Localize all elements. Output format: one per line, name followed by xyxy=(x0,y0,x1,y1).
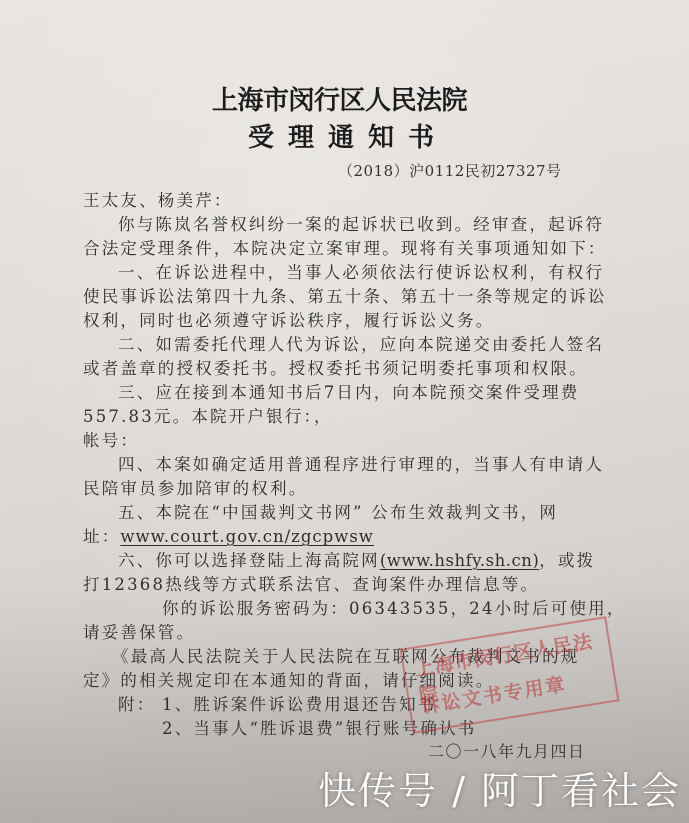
body-line: 或者盖章的授权委托书。授权委托书须记明委托事项和权限。 xyxy=(83,355,588,379)
case-number: （2018）沪0112民初27327号 xyxy=(338,160,562,181)
addressee: 王太友、杨美芹： xyxy=(83,187,233,211)
body-line: 使民事诉讼法第四十九条、第五十条、第五十一条等规定的诉讼 xyxy=(83,283,607,307)
document-title: 受理通知书 xyxy=(248,117,448,154)
body-line: 打12368热线等方式联系法官、查询案件办理信息等。 xyxy=(83,571,539,595)
item6-line: 六、你可以选择登陆上海高院网(www.hshfy.sh.cn)，或拨 xyxy=(118,547,595,571)
item6-text: 六、你可以选择登陆上海高院网 xyxy=(118,551,380,570)
keep-line: 请妥善保管。 xyxy=(83,619,195,643)
court-name: 上海市闵行区人民法院 xyxy=(212,80,467,117)
body-line: 权利，同时也必须遵守诉讼秩序，履行诉讼义务。 xyxy=(83,307,494,331)
body-line: 二、如需委托代理人代为诉讼，应向本院递交由委托人签名 xyxy=(118,331,604,355)
body-line: 民陪审员参加陪审的权利。 xyxy=(83,475,307,499)
item6-suffix: ，或拨 xyxy=(539,551,595,570)
source-watermark: 快传号 / 阿丁看社会 xyxy=(318,760,681,815)
body-line: 一、在诉讼进程中，当事人必须依法行使诉讼权利，有权行 xyxy=(118,259,604,283)
issue-date: 二〇一八年九月四日 xyxy=(428,739,586,762)
body-line: 557.83元。本院开户银行：， xyxy=(83,403,333,427)
body-line: 帐号： xyxy=(83,427,139,451)
password-line: 你的诉讼服务密码为：06343535，24小时后可使用， xyxy=(162,595,626,619)
body-line: 合法定受理条件，本院决定立案审理。现将有关事项通知如下： xyxy=(83,235,607,259)
body-line: 四、本案如确定适用普通程序进行审理的，当事人有申请人 xyxy=(118,451,604,475)
body-line: 五、本院在“中国裁判文书网” 公布生效裁判文书，网 xyxy=(118,499,558,523)
body-line: 三、应在接到本通知书后7日内，向本院预交案件受理费 xyxy=(118,379,580,403)
website-line: 址：www.court.gov.cn/zgcpwsw xyxy=(83,523,374,547)
website-prefix: 址： xyxy=(83,527,120,546)
attachment-item: 1、胜诉案件诉讼费用退还告知书 xyxy=(162,691,437,715)
court-website-link[interactable]: www.court.gov.cn/zgcpwsw xyxy=(120,527,374,546)
hshfy-website-link[interactable]: (www.hshfy.sh.cn) xyxy=(380,551,539,570)
court-seal-stamp: 上海市闵行区人民法院 诉讼文书专用章 xyxy=(400,616,620,734)
body-line: 你与陈岚名誉权纠纷一案的起诉状已收到。经审查，起诉符 xyxy=(118,211,604,235)
attachments-label: 附： xyxy=(118,691,155,715)
